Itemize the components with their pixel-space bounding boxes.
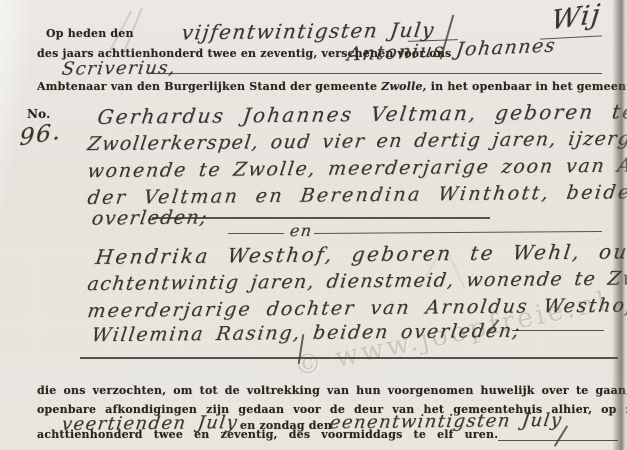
registrar-name-written-2: Scriverius, bbox=[61, 57, 178, 79]
official-line-part1: Ambtenaar van den Burgerlijken Stand der… bbox=[37, 80, 381, 93]
bride-line-1: Hendrika Westhof, geboren te Wehl, oud bbox=[94, 239, 627, 269]
divider-rule-left bbox=[228, 233, 284, 234]
registrar-rule bbox=[150, 73, 602, 74]
header-official-line: Ambtenaar van den Burgerlijken Stand der… bbox=[37, 80, 627, 93]
official-line-municipality: Zwolle bbox=[381, 80, 422, 93]
section-separator-rule bbox=[80, 357, 618, 359]
groom-line-3: wonende te Zwolle, meerderjarige zoon va… bbox=[86, 154, 627, 182]
groom-closing-rule bbox=[152, 217, 490, 219]
footer-request-line1: die ons verzochten, om tot de voltrekkin… bbox=[37, 384, 627, 397]
groom-line-1: Gerhardus Johannes Veltman, geboren te bbox=[96, 99, 627, 129]
record-number-label: No. bbox=[27, 107, 51, 121]
official-line-part2: , in het openbaar in het gemeentehuis: bbox=[423, 80, 627, 93]
divider-rule-right bbox=[314, 231, 602, 234]
groom-line-4: der Veltman en Berendina Winthott, beide… bbox=[86, 181, 627, 209]
marriage-record-scan: © www.joopfreie.nl Wij Op heden den vijf… bbox=[0, 0, 627, 450]
record-number-value: 96. bbox=[19, 119, 62, 152]
bride-closing-rule bbox=[512, 330, 604, 331]
header-opening-printed: Op heden den bbox=[46, 27, 134, 40]
divider-conjunction: en bbox=[289, 221, 314, 240]
bride-line-4: Willemina Rasing, beiden overleden; bbox=[90, 320, 522, 346]
bride-line-2: achtentwintig jaren, dienstmeid, wonende… bbox=[86, 267, 627, 295]
corner-annotation: Wij bbox=[550, 0, 603, 36]
page-edge-shadow bbox=[612, 0, 627, 450]
groom-line-2: Zwollerkerspel, oud vier en dertig jaren… bbox=[86, 127, 627, 155]
footer-closing-printed: achttienhonderd twee en zeventig, des vo… bbox=[37, 428, 498, 441]
header-date-written: vijfentwintigsten July bbox=[180, 18, 436, 45]
